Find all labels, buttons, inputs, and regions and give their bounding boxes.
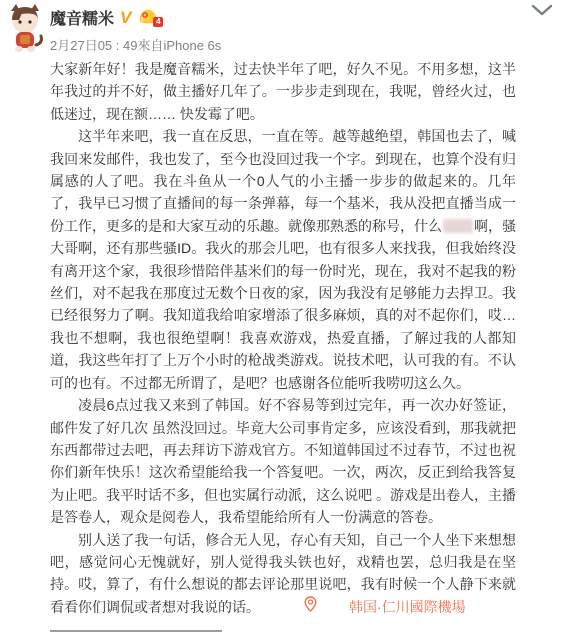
- location-pin-icon: [276, 596, 317, 618]
- timestamp: 2月27日05 : 49來自iPhone 6s: [50, 35, 221, 54]
- post-paragraph-4: 别人送了我一句话，修合无人见，存心有天知，自己一个人坐下来想想吧，感觉问心无愧就…: [50, 529, 516, 619]
- censored-word-blur: [443, 219, 473, 233]
- chevron-down-icon[interactable]: [531, 4, 555, 20]
- anniversary-crown-icon: 4: [138, 8, 162, 27]
- timestamp-text: 2月27日05 : 49: [50, 38, 137, 53]
- source-text: 來自iPhone 6s: [137, 38, 221, 53]
- post-paragraph-3: 凌晨6点过我又来到了韩国。好不容易等到过完年，再一次办好签证，邮件发了好几次 虽…: [50, 394, 516, 528]
- location-label: 韩国·仁川國際機場: [321, 596, 466, 618]
- name-row: 魔音糯米 V 4: [50, 6, 221, 28]
- anniversary-badge-number: 4: [153, 17, 163, 27]
- paragraph-3-text: 凌晨6点过我又来到了韩国。好不容易等到过完年，再一次办好签证，邮件发了好几次 虽…: [50, 397, 516, 525]
- post-header: 魔音糯米 V 4 2月27日05 : 49來自iPhone 6s: [0, 0, 565, 56]
- avatar[interactable]: [3, 3, 47, 55]
- post-content: 大家新年好！我是魔音糯米，过去快半年了吧，好久不见。不用多想，这半年我过的并不好…: [50, 58, 516, 618]
- verified-v-icon: V: [120, 9, 131, 26]
- paragraph-1-text: 大家新年好！我是魔音糯米，过去快半年了吧，好久不见。不用多想，这半年我过的并不好…: [50, 61, 516, 122]
- weibo-post-card: 魔音糯米 V 4 2月27日05 : 49來自iPhone 6s: [0, 0, 565, 635]
- post-paragraph-2: 这半年来吧，我一直在反思，一直在等。越等越绝望，韩国也去了，喊我回来发邮件，我也…: [50, 125, 516, 394]
- post-paragraph-1: 大家新年好！我是魔音糯米，过去快半年了吧，好久不见。不用多想，这半年我过的并不好…: [50, 58, 516, 125]
- paragraph-2-text-after: 啊，骚大哥啊，还有那些骚ID。我火的那会儿吧，也有很多人来找我，但我始终没有离开…: [50, 218, 516, 391]
- username[interactable]: 魔音糯米: [50, 6, 114, 29]
- header-main: 魔音糯米 V 4 2月27日05 : 49來自iPhone 6s: [50, 6, 221, 54]
- location-link[interactable]: 韩国·仁川國際機場: [276, 596, 466, 618]
- divider: [50, 630, 222, 632]
